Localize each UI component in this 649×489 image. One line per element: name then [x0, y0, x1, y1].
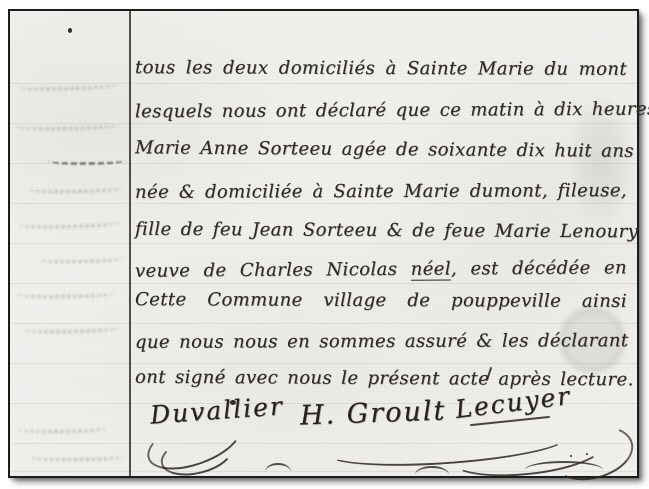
bleed-through-scribble: [15, 286, 115, 298]
bleed-through-scribble: [18, 216, 120, 230]
scanned-register-page: tous les deux domiciliés à Sainte Marie …: [8, 9, 639, 478]
handwriting-line: que nous nous en sommes assuré & les déc…: [135, 329, 627, 355]
margin-rule-line: [129, 11, 131, 476]
cut-off-text-fragment: [586, 453, 588, 455]
bleed-through-scribble: [48, 154, 126, 166]
ruled-line: [10, 363, 637, 364]
handwriting-segment: veuve de Charles Nicolas: [135, 259, 411, 282]
signature-flourish: [545, 418, 639, 489]
ruled-line: [10, 283, 637, 284]
handwriting-line: fille de feu Jean Sorteeu & de feue Mari…: [135, 218, 627, 245]
bleed-through-scribble: [28, 449, 124, 461]
bleed-through-scribble: [28, 181, 123, 194]
handwriting-segment: , est décédée en: [451, 257, 627, 279]
handwriting-line: née & domiciliée à Sainte Marie dumont, …: [135, 179, 627, 205]
bleed-through-scribble: [24, 321, 119, 334]
underlined-word: néel: [411, 259, 451, 281]
ink-dot: [68, 28, 72, 33]
bleed-through-scribble: [18, 421, 108, 434]
handwriting-line: tous les deux domiciliés à Sainte Marie …: [135, 56, 627, 82]
signature-groult: H. Groult: [300, 397, 447, 429]
handwriting-line: lesquels nous ont déclaré que ce matin à…: [135, 98, 627, 125]
bleed-through-scribble: [38, 251, 123, 263]
cut-off-text-fragment: [265, 463, 291, 472]
handwriting-line: veuve de Charles Nicolas néel, est décéd…: [135, 256, 627, 284]
cut-off-text-fragment: [415, 466, 449, 475]
handwriting-line: Marie Anne Sorteeu agée de soixante dix …: [135, 136, 627, 164]
cut-off-text-fragment: [570, 455, 572, 457]
bleed-through-scribble: [15, 118, 120, 131]
handwriting-line: Cette Commune village de pouppeville ain…: [135, 288, 627, 314]
bleed-through-scribble: [18, 78, 118, 92]
